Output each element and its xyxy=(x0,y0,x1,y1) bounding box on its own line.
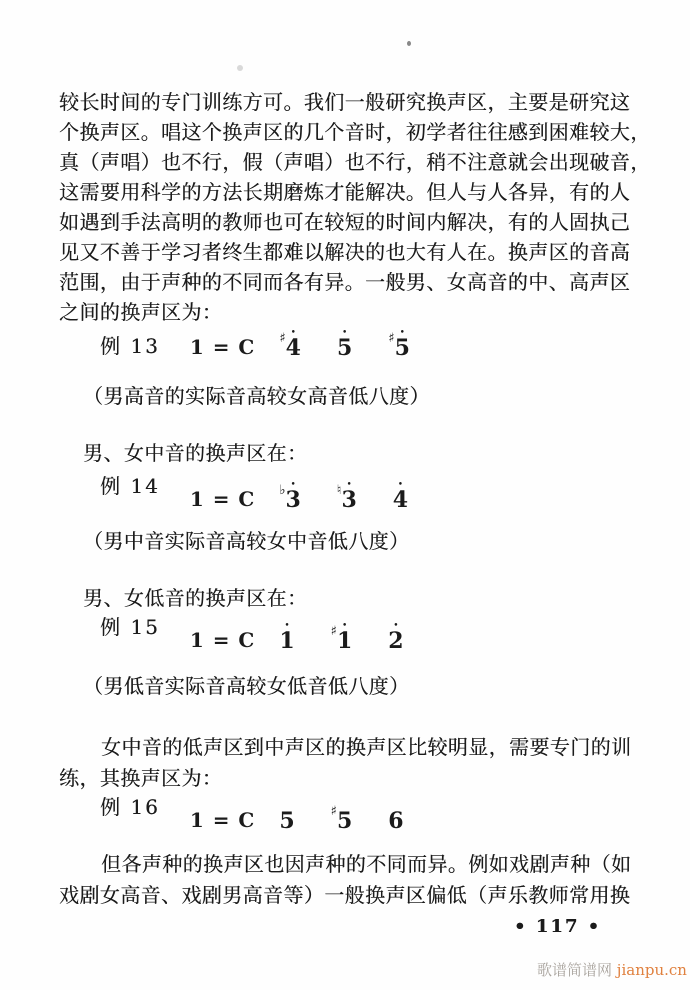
note: ♮ •3 xyxy=(337,482,357,511)
text-line: 女中音的低声区到中声区的换声区比较明显，需要专门的训 xyxy=(59,732,644,763)
note-digit: 5 xyxy=(395,337,410,359)
text-line: 个换声区。唱这个换声区的几个音时，初学者往往感到困难较大， xyxy=(59,117,644,147)
note: •1 xyxy=(279,623,294,652)
heading-mezzo: 男、女中音的换声区在： xyxy=(83,442,307,464)
note: ♯ 5 xyxy=(331,803,353,832)
example-13-row: 例 13 1 = C ♯ •4 •5 ♯ •5 xyxy=(100,330,410,359)
note-digit: 1 xyxy=(279,630,294,652)
text-line: 练，其换声区为： xyxy=(59,763,644,794)
jianpu-notation-15: 1 = C •1 ♯ •1 •2 xyxy=(190,623,404,652)
example-13-label: 例 13 xyxy=(100,330,160,359)
note: ♯ •1 xyxy=(331,623,353,652)
caption-baritone: （男中音实际音高较女中音低八度） xyxy=(83,530,409,552)
note-digit: 5 xyxy=(279,810,294,832)
document-page: 较长时间的专门训练方可。我们一般研究换声区，主要是研究这 个换声区。唱这个换声区… xyxy=(0,0,690,990)
note: 6 xyxy=(388,803,403,832)
text-line: 之间的换声区为： xyxy=(59,297,644,327)
example-15-label: 例 15 xyxy=(100,611,160,640)
text-line: 较长时间的专门训练方可。我们一般研究换声区，主要是研究这 xyxy=(59,87,644,117)
note-digit: 4 xyxy=(393,489,408,511)
caption-bass: （男低音实际音高较女低音低八度） xyxy=(83,675,409,697)
flat-accidental: ♭ xyxy=(279,483,285,498)
note-digit: 5 xyxy=(337,337,352,359)
note: ♯ •5 xyxy=(388,330,410,359)
example-15-row: 例 15 1 = C •1 ♯ •1 •2 xyxy=(100,611,404,640)
jianpu-notation-13: 1 = C ♯ •4 •5 ♯ •5 xyxy=(190,330,410,359)
text-line: 这需要用科学的方法长期磨炼才能解决。但人与人各异，有的人 xyxy=(59,177,644,207)
note: 5 xyxy=(279,803,294,832)
note: •5 xyxy=(337,330,352,359)
key-signature: 1 = C xyxy=(190,808,256,832)
text-line: 如遇到手法高明的教师也可在较短的时间内解决，有的人固执己 xyxy=(59,207,644,237)
paragraph-2: 女中音的低声区到中声区的换声区比较明显，需要专门的训 练，其换声区为： xyxy=(59,732,644,794)
caption-tenor: （男高音的实际音高较女高音低八度） xyxy=(83,385,430,407)
note-digit: 3 xyxy=(285,489,300,511)
jianpu-notation-16: 1 = C 5 ♯ 5 6 xyxy=(190,803,404,832)
paragraph-3: 但各声种的换声区也因声种的不同而异。例如戏剧声种（如 戏剧女高音、戏剧男高音等）… xyxy=(59,849,644,911)
natural-accidental: ♮ xyxy=(337,483,342,498)
text-line: 范围，由于声种的不同而各有异。一般男、女高音的中、高声区 xyxy=(59,267,644,297)
jianpu-notation-14: 1 = C ♭ •3 ♮ •3 •4 xyxy=(190,482,408,511)
example-16-label: 例 16 xyxy=(100,791,160,820)
scan-speck xyxy=(237,65,243,71)
text-line: 真（声唱）也不行，假（声唱）也不行，稍不注意就会出现破音， xyxy=(59,147,644,177)
note: •2 xyxy=(388,623,403,652)
note: ♭ •3 xyxy=(279,482,300,511)
heading-bass: 男、女低音的换声区在： xyxy=(83,587,307,609)
note: ♯ •4 xyxy=(279,330,301,359)
note-digit: 4 xyxy=(286,337,301,359)
paragraph-1: 较长时间的专门训练方可。我们一般研究换声区，主要是研究这 个换声区。唱这个换声区… xyxy=(59,87,644,327)
page-number: • 117 • xyxy=(514,917,601,937)
key-signature: 1 = C xyxy=(190,487,256,511)
note-digit: 5 xyxy=(337,810,352,832)
note-digit: 2 xyxy=(388,630,403,652)
note-digit: 3 xyxy=(341,489,356,511)
text-line: 但各声种的换声区也因声种的不同而异。例如戏剧声种（如 xyxy=(59,849,644,880)
watermark-site-name: 歌谱简谱网 xyxy=(537,961,612,979)
scan-speck xyxy=(407,41,411,46)
example-16-row: 例 16 1 = C 5 ♯ 5 6 xyxy=(100,791,404,820)
sharp-accidental: ♯ xyxy=(331,624,337,639)
text-line: 见又不善于学习者终生都难以解决的也大有人在。换声区的音高 xyxy=(59,237,644,267)
note-digit: 1 xyxy=(337,630,352,652)
note: •4 xyxy=(393,482,408,511)
key-signature: 1 = C xyxy=(190,335,256,359)
sharp-accidental: ♯ xyxy=(388,331,394,346)
watermark: 歌谱简谱网 jianpu.cn xyxy=(537,961,687,979)
watermark-url[interactable]: jianpu.cn xyxy=(617,961,687,979)
example-14-label: 例 14 xyxy=(100,470,160,499)
sharp-accidental: ♯ xyxy=(331,804,337,819)
sharp-accidental: ♯ xyxy=(279,331,285,346)
note-digit: 6 xyxy=(388,810,403,832)
example-14-row: 例 14 1 = C ♭ •3 ♮ •3 •4 xyxy=(100,470,408,499)
text-line: 戏剧女高音、戏剧男高音等）一般换声区偏低（声乐教师常用换 xyxy=(59,880,644,911)
key-signature: 1 = C xyxy=(190,628,256,652)
